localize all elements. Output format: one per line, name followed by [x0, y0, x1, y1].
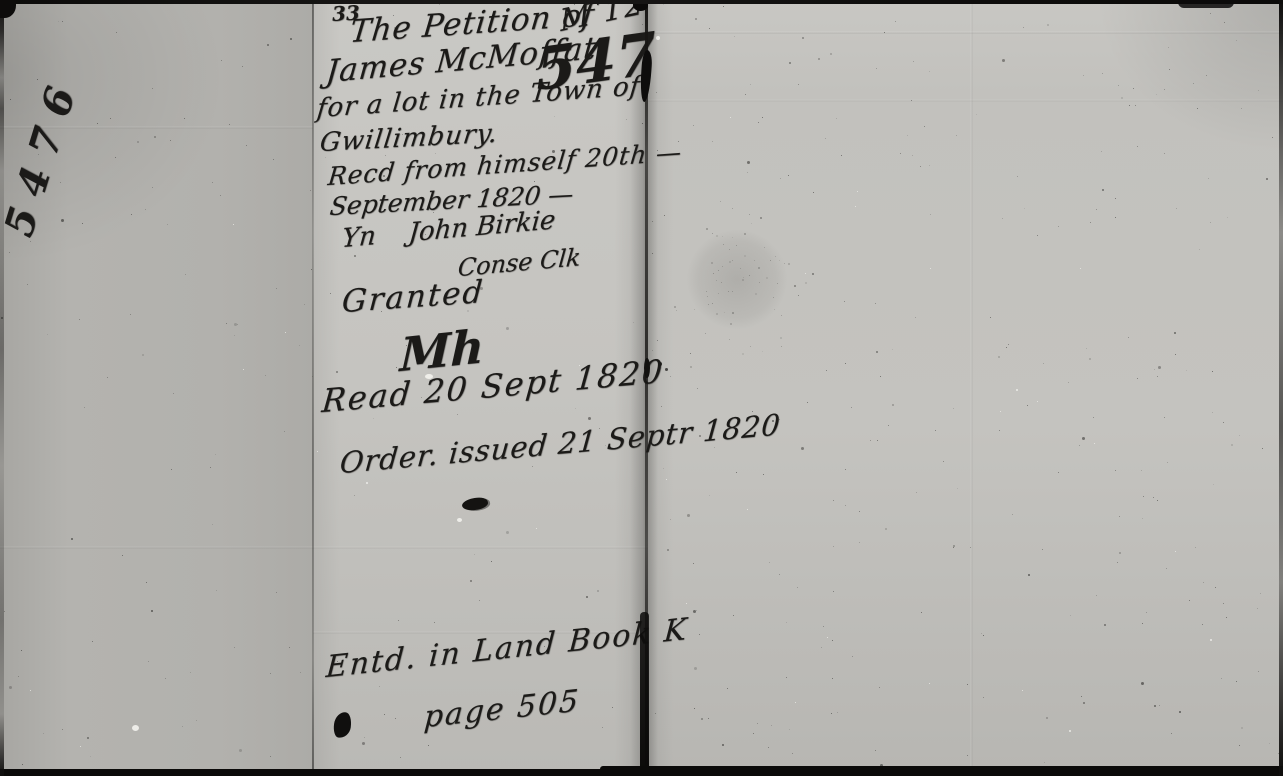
foxing-speckle	[786, 622, 787, 623]
paper-fleck	[730, 117, 731, 118]
foxing-speckle	[1008, 344, 1009, 345]
foxing-speckle	[1157, 376, 1158, 377]
smudge-speckle	[754, 260, 755, 261]
foxing-speckle	[1199, 249, 1200, 250]
smudge-speckle	[759, 282, 760, 283]
paper-fleck	[1000, 411, 1001, 412]
foxing-speckle	[663, 4, 664, 5]
smudge-speckle	[705, 333, 706, 334]
foxing-speckle	[116, 32, 117, 33]
smudge-speckle	[674, 306, 676, 308]
foxing-speckle	[165, 678, 166, 679]
foxing-speckle	[210, 467, 211, 468]
foxing-speckle	[1102, 73, 1103, 74]
smudge-speckle	[724, 312, 725, 313]
foxing-speckle	[190, 672, 191, 673]
scan-border-top	[0, 0, 1283, 4]
paper-fleck	[1022, 690, 1023, 691]
smudge-speckle	[732, 237, 733, 238]
smudge-speckle	[773, 297, 774, 298]
foxing-speckle	[234, 647, 235, 648]
foxing-speckle	[1239, 745, 1240, 746]
scan-border-bottom-right	[600, 766, 1283, 776]
read-date-line: Read 20 Sept 1820	[320, 352, 666, 420]
foxing-speckle	[747, 161, 750, 164]
paper-fleck	[132, 725, 139, 731]
foxing-speckle	[875, 750, 876, 751]
smudge-speckle	[758, 267, 760, 269]
smudge-speckle	[712, 233, 713, 234]
foxing-speckle	[833, 591, 834, 592]
foxing-speckle	[802, 37, 804, 39]
foxing-speckle	[1159, 705, 1160, 706]
smudge-speckle	[755, 293, 757, 295]
foxing-speckle	[267, 44, 269, 46]
gutter-fold-bottom	[640, 612, 649, 776]
foxing-speckle	[1208, 178, 1209, 179]
smudge-speckle	[716, 280, 717, 281]
decision-granted-line: Granted	[341, 274, 486, 320]
foxing-speckle	[310, 190, 311, 191]
foxing-speckle	[1089, 358, 1091, 360]
foxing-speckle	[779, 574, 780, 575]
foxing-speckle	[1260, 593, 1261, 594]
smudge-speckle	[728, 291, 729, 292]
foxing-speckle	[709, 28, 710, 29]
foxing-speckle	[97, 123, 98, 124]
foxing-speckle	[270, 673, 271, 674]
smudge-speckle	[707, 296, 708, 297]
foxing-speckle	[801, 447, 804, 450]
foxing-speckle	[1224, 22, 1225, 23]
foxing-speckle	[734, 36, 735, 37]
foxing-speckle	[612, 707, 613, 708]
foxing-speckle	[1236, 681, 1237, 682]
foxing-speckle	[859, 542, 860, 543]
foxing-speckle	[885, 528, 887, 530]
foxing-speckle	[1239, 435, 1240, 436]
foxing-speckle	[786, 677, 787, 678]
foxing-speckle	[1143, 496, 1144, 497]
foxing-speckle	[1272, 137, 1273, 138]
smudge-speckle	[732, 208, 733, 209]
foxing-speckle	[1215, 587, 1216, 588]
smudge-speckle	[805, 282, 807, 284]
scan-edge-left	[0, 0, 4, 776]
foxing-speckle	[981, 633, 982, 634]
foxing-speckle	[1197, 108, 1198, 109]
foxing-speckle	[924, 126, 925, 127]
foxing-speckle	[330, 293, 331, 294]
foxing-speckle	[798, 84, 799, 85]
fold-line-left	[312, 0, 314, 776]
foxing-speckle	[1231, 444, 1233, 446]
foxing-speckle	[242, 66, 243, 67]
foxing-speckle	[18, 676, 19, 677]
foxing-speckle	[1168, 47, 1169, 48]
smudge-speckle	[729, 339, 730, 340]
foxing-speckle	[84, 407, 85, 408]
foxing-speckle	[998, 356, 1000, 358]
foxing-speckle	[586, 596, 588, 598]
foxing-speckle	[1175, 354, 1176, 355]
foxing-speckle	[30, 241, 31, 242]
foxing-speckle	[1090, 222, 1091, 223]
smudge-speckle	[716, 235, 718, 237]
foxing-speckle	[130, 314, 131, 315]
foxing-speckle	[1083, 75, 1084, 76]
scanned-document: 5476 33 M 12 The Petition of James McMof…	[0, 0, 1283, 776]
foxing-speckle	[626, 119, 627, 120]
foxing-speckle	[1258, 90, 1259, 91]
foxing-speckle	[58, 21, 59, 22]
foxing-speckle	[697, 388, 698, 389]
foxing-speckle	[137, 141, 139, 143]
foxing-speckle	[575, 408, 576, 409]
foxing-speckle	[362, 742, 365, 745]
smudge-speckle	[694, 309, 695, 310]
smudge-speckle	[740, 268, 741, 269]
foxing-speckle	[170, 140, 171, 141]
foxing-speckle	[877, 440, 878, 441]
smudge-speckle	[722, 266, 723, 267]
foxing-speckle	[1257, 608, 1258, 609]
foxing-speckle	[1226, 617, 1227, 618]
docket-number-vertical: 5476	[0, 68, 89, 242]
smudge-speckle	[706, 228, 708, 230]
foxing-speckle	[753, 733, 754, 734]
foxing-speckle	[876, 68, 877, 69]
right-page	[648, 0, 1283, 776]
foxing-speckle	[670, 376, 671, 377]
foxing-speckle	[953, 547, 954, 548]
foxing-speckle	[956, 135, 957, 136]
foxing-speckle	[693, 563, 694, 564]
foxing-speckle	[699, 634, 700, 635]
foxing-speckle	[1146, 612, 1147, 613]
foxing-speckle	[1133, 88, 1134, 89]
foxing-speckle	[300, 672, 301, 673]
foxing-speckle	[757, 723, 758, 724]
foxing-speckle	[212, 182, 213, 183]
smudge-speckle	[723, 244, 724, 245]
foxing-speckle	[234, 335, 235, 336]
foxing-speckle	[1024, 208, 1025, 209]
foxing-speckle	[712, 141, 713, 142]
foxing-speckle	[1102, 189, 1104, 191]
foxing-speckle	[723, 6, 724, 7]
foxing-speckle	[1047, 24, 1049, 26]
foxing-speckle	[379, 686, 380, 687]
foxing-speckle	[957, 488, 958, 489]
paper-crease-horizontal	[648, 31, 1283, 34]
smudge-speckle	[777, 283, 778, 284]
paper-fleck	[795, 702, 796, 703]
foxing-speckle	[61, 219, 64, 222]
foxing-speckle	[696, 610, 697, 611]
foxing-speckle	[554, 116, 555, 117]
smudge-speckle	[775, 256, 776, 257]
foxing-speckle	[722, 744, 724, 746]
scan-edge-right	[1279, 0, 1283, 776]
foxing-speckle	[818, 58, 820, 60]
foxing-speckle	[1104, 624, 1106, 626]
foxing-speckle	[845, 469, 846, 470]
foxing-speckle	[131, 214, 132, 215]
paper-fleck	[747, 509, 748, 510]
foxing-speckle	[470, 580, 472, 582]
smudge-speckle	[713, 273, 714, 274]
foxing-speckle	[1221, 678, 1222, 679]
paper-fleck	[1016, 389, 1018, 391]
foxing-speckle	[788, 175, 789, 176]
foxing-speckle	[110, 118, 111, 119]
foxing-speckle	[825, 138, 826, 139]
foxing-speckle	[47, 334, 48, 335]
foxing-speckle	[983, 697, 984, 698]
foxing-speckle	[1167, 462, 1168, 463]
foxing-speckle	[173, 393, 174, 394]
foxing-speckle	[237, 324, 238, 325]
foxing-speckle	[935, 430, 936, 431]
foxing-speckle	[62, 729, 63, 730]
foxing-speckle	[1118, 85, 1119, 86]
foxing-speckle	[851, 407, 852, 408]
foxing-speckle	[82, 223, 83, 224]
foxing-speckle	[1128, 337, 1129, 338]
foxing-speckle	[122, 555, 123, 556]
foxing-speckle	[1135, 105, 1136, 106]
foxing-speckle	[226, 323, 227, 324]
foxing-speckle	[1223, 422, 1224, 423]
foxing-speckle	[701, 718, 703, 720]
foxing-speckle	[1093, 417, 1094, 418]
foxing-speckle	[1157, 500, 1158, 501]
foxing-speckle	[9, 252, 10, 253]
foxing-speckle	[299, 345, 300, 346]
smudge-speckle	[732, 312, 734, 314]
foxing-speckle	[1115, 198, 1116, 199]
foxing-speckle	[708, 718, 709, 719]
paper-fleck	[929, 683, 930, 684]
paper-fleck	[366, 482, 368, 484]
smudge-speckle	[720, 201, 721, 202]
foxing-speckle	[1193, 83, 1194, 84]
foxing-speckle	[304, 304, 305, 305]
foxing-speckle	[216, 590, 217, 591]
foxing-speckle	[4, 611, 5, 612]
paper-fleck	[1069, 730, 1071, 732]
foxing-speckle	[807, 402, 808, 403]
foxing-speckle	[750, 84, 751, 85]
foxing-speckle	[1186, 370, 1187, 371]
foxing-speckle	[1164, 153, 1165, 154]
foxing-speckle	[265, 375, 266, 376]
foxing-speckle	[10, 99, 11, 100]
foxing-speckle	[953, 408, 954, 409]
foxing-speckle	[479, 600, 480, 601]
paper-fleck	[1094, 443, 1095, 444]
foxing-speckle	[1044, 762, 1045, 763]
foxing-speckle	[1002, 59, 1005, 62]
foxing-speckle	[1023, 27, 1024, 28]
foxing-speckle	[758, 122, 759, 123]
foxing-speckle	[9, 686, 12, 689]
foxing-speckle	[999, 430, 1000, 431]
foxing-speckle	[1202, 624, 1203, 625]
foxing-speckle	[284, 431, 285, 432]
ink-smudge	[678, 222, 796, 350]
foxing-speckle	[833, 500, 834, 501]
paper-fleck	[457, 518, 462, 522]
foxing-speckle	[837, 712, 838, 713]
foxing-speckle	[1096, 595, 1097, 596]
foxing-speckle	[289, 647, 290, 648]
foxing-speckle	[1153, 497, 1154, 498]
foxing-speckle	[836, 118, 837, 119]
foxing-speckle	[747, 172, 748, 173]
foxing-speckle	[27, 284, 28, 285]
foxing-speckle	[1083, 702, 1085, 704]
foxing-speckle	[694, 667, 697, 670]
foxing-speckle	[506, 531, 509, 534]
foxing-speckle	[736, 472, 737, 473]
foxing-speckle	[364, 737, 365, 738]
paper-crease-horizontal	[0, 546, 648, 549]
foxing-speckle	[1262, 448, 1263, 449]
foxing-speckle	[1137, 146, 1138, 147]
foxing-speckle	[693, 610, 696, 613]
foxing-speckle	[79, 319, 80, 320]
foxing-speckle	[876, 351, 878, 353]
foxing-speckle	[71, 538, 73, 540]
smudge-speckle	[722, 236, 723, 237]
smudge-speckle	[690, 366, 692, 368]
foxing-speckle	[892, 349, 893, 350]
foxing-speckle	[1006, 347, 1007, 348]
foxing-speckle	[1081, 696, 1082, 697]
foxing-speckle	[789, 729, 790, 730]
foxing-speckle	[875, 303, 876, 304]
smudge-speckle	[721, 282, 722, 283]
smudge-speckle	[749, 275, 750, 276]
foxing-speckle	[273, 159, 274, 160]
foxing-speckle	[665, 368, 668, 371]
foxing-speckle	[812, 273, 814, 275]
smudge-speckle	[736, 245, 737, 246]
foxing-speckle	[823, 626, 824, 627]
foxing-speckle	[760, 217, 762, 219]
foxing-speckle	[687, 514, 690, 517]
foxing-speckle	[145, 209, 146, 210]
foxing-speckle	[1258, 671, 1259, 672]
foxing-speckle	[182, 726, 183, 727]
foxing-speckle	[1002, 218, 1003, 219]
foxing-speckle	[976, 114, 977, 115]
paper-fleck	[855, 206, 856, 207]
foxing-speckle	[90, 756, 91, 757]
foxing-speckle	[1241, 108, 1242, 109]
smudge-speckle	[742, 279, 744, 281]
foxing-speckle	[888, 425, 889, 426]
smudge-speckle	[729, 249, 730, 250]
foxing-speckle	[1086, 348, 1087, 349]
foxing-speckle	[439, 4, 440, 5]
foxing-speckle	[146, 582, 147, 583]
foxing-speckle	[1156, 94, 1157, 95]
foxing-speckle	[43, 733, 44, 734]
foxing-speckle	[664, 215, 665, 216]
foxing-speckle	[695, 18, 697, 20]
paper-fleck	[857, 191, 858, 192]
foxing-speckle	[920, 166, 921, 167]
smudge-speckle	[764, 247, 765, 248]
foxing-speckle	[270, 756, 271, 757]
smudge-speckle	[730, 323, 732, 325]
foxing-speckle	[667, 549, 669, 551]
foxing-speckle	[1189, 600, 1190, 601]
smudge-speckle	[732, 291, 733, 292]
foxing-speckle	[1269, 743, 1270, 744]
foxing-speckle	[62, 21, 63, 22]
foxing-speckle	[229, 124, 230, 125]
foxing-speckle	[661, 406, 662, 407]
foxing-speckle	[913, 61, 914, 62]
foxing-speckle	[1058, 472, 1059, 473]
foxing-speckle	[239, 749, 242, 752]
foxing-speckle	[845, 363, 846, 364]
foxing-speckle	[142, 354, 144, 356]
foxing-speckle	[859, 511, 860, 512]
foxing-speckle	[148, 661, 149, 662]
smudge-speckle	[762, 351, 763, 352]
foxing-speckle	[1119, 552, 1121, 554]
smudge-speckle	[718, 293, 719, 294]
smudge-speckle	[708, 304, 709, 305]
foxing-speckle	[1079, 445, 1080, 446]
foxing-speckle	[768, 747, 769, 748]
foxing-speckle	[915, 317, 916, 318]
foxing-speckle	[220, 195, 221, 196]
foxing-speckle	[832, 640, 833, 641]
foxing-speckle	[1070, 615, 1071, 616]
foxing-speckle	[1012, 514, 1013, 515]
paper-fleck	[827, 637, 828, 638]
foxing-speckle	[1195, 547, 1196, 548]
foxing-speckle	[92, 641, 93, 642]
foxing-speckle	[1206, 75, 1207, 76]
foxing-speckle	[434, 622, 435, 623]
foxing-speckle	[1101, 151, 1102, 152]
foxing-speckle	[1115, 217, 1116, 218]
paper-fleck	[686, 603, 687, 604]
foxing-speckle	[1115, 470, 1116, 471]
foxing-speckle	[588, 417, 591, 420]
ink-blot-2	[332, 711, 352, 739]
foxing-speckle	[852, 656, 853, 657]
foxing-speckle	[792, 753, 793, 754]
foxing-speckle	[830, 53, 832, 55]
foxing-speckle	[115, 157, 116, 158]
foxing-speckle	[212, 524, 213, 525]
foxing-speckle	[663, 468, 664, 469]
foxing-speckle	[154, 136, 156, 138]
smudge-speckle	[744, 255, 746, 257]
smudge-speckle	[766, 277, 768, 279]
foxing-speckle	[833, 546, 834, 547]
foxing-speckle	[395, 718, 396, 719]
foxing-speckle	[1154, 705, 1156, 707]
